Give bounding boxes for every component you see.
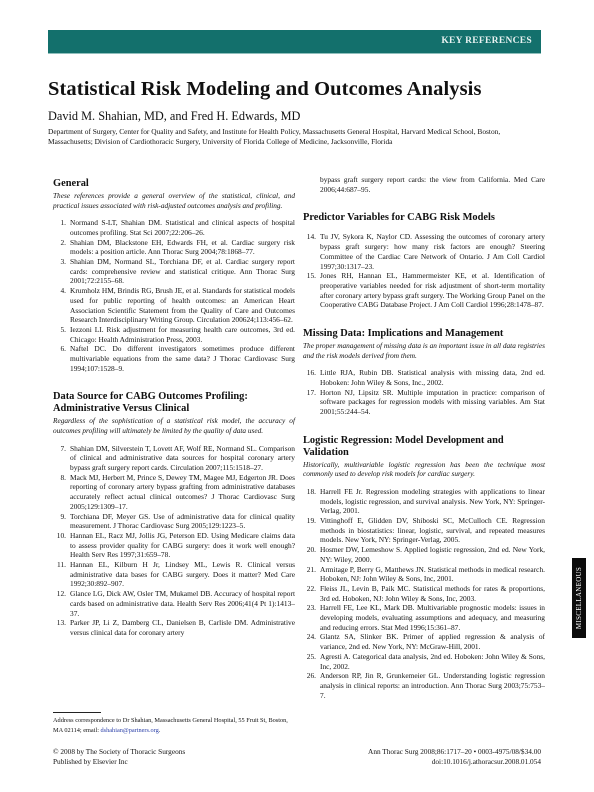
reference-list: 1.Normand S-LT, Shahian DM. Statistical … [53, 218, 295, 373]
reference-number: 7. [53, 444, 66, 454]
reference-text: Vittinghoff E, Glidden DV, Shiboski SC, … [320, 516, 545, 544]
section-heading: General [53, 178, 295, 190]
copyright-text: © 2008 by The Society of Thoracic Surgeo… [53, 747, 185, 757]
section-predictors: Predictor Variables for CABG Risk Models… [303, 212, 545, 310]
reference-text: Agresti A. Categorical data analysis, 2n… [320, 652, 545, 671]
side-tab-label: MISCELLANEOUS [575, 567, 583, 629]
reference-number: 22. [303, 584, 316, 594]
reference-number: 21. [303, 565, 316, 575]
right-column: bypass graft surgery report cards: the v… [303, 175, 545, 700]
section-intro: Historically, multivariable logistic reg… [303, 460, 545, 479]
reference-number: 23. [303, 603, 316, 613]
section-spacer [303, 417, 545, 435]
reference-list: 14.Tu JV, Sykora K, Naylor CD. Assessing… [303, 232, 545, 310]
reference-item: 6.Naftel DC. Do different investigators … [53, 344, 295, 373]
reference-text: Naftel DC. Do different investigators so… [70, 344, 295, 372]
footnote-divider [53, 712, 101, 713]
publisher-text: Published by Elsevier Inc [53, 757, 185, 767]
footnote-trailing: . [159, 727, 161, 734]
section-label: KEY REFERENCES [441, 36, 532, 46]
reference-item: 1.Normand S-LT, Shahian DM. Statistical … [53, 218, 295, 237]
reference-text: Harrell FE Jr. Regression modeling strat… [320, 487, 545, 515]
reference-number: 1. [53, 218, 66, 228]
reference-number: 3. [53, 257, 66, 267]
reference-number: 5. [53, 325, 66, 335]
reference-text: Krumholz HM, Brindis RG, Brush JE, et al… [70, 286, 295, 324]
section-heading: Missing Data: Implications and Managemen… [303, 328, 545, 340]
article-authors: David M. Shahian, MD, and Fred H. Edward… [48, 109, 300, 124]
reference-item: 17.Horton NJ, Lipsitz SR. Multiple imput… [303, 388, 545, 417]
correspondence-footnote: Address correspondence to Dr Shahian, Ma… [53, 716, 298, 735]
reference-text: Anderson RP, Jin R, Grunkemeier GL. Unde… [320, 671, 545, 699]
reference-number: 4. [53, 286, 66, 296]
reference-text: Shahian DM, Blackstone EH, Edwards FH, e… [70, 238, 295, 257]
journal-citation-block: Ann Thorac Surg 2008;86:1717–20 • 0003-4… [368, 747, 541, 766]
reference-item: 7.Shahian DM, Silverstein T, Lovett AF, … [53, 444, 295, 473]
reference-text: Armitage P, Berry G, Matthews JN. Statis… [320, 565, 545, 584]
reference-item: 11.Hannan EL, Kilburn H Jr, Lindsey ML, … [53, 560, 295, 589]
reference-number: 6. [53, 344, 66, 354]
reference-item: 13.Parker JP, Li Z, Damberg CL, Danielse… [53, 618, 295, 637]
reference-text: Mack MJ, Herbert M, Prince S, Dewey TM, … [70, 473, 295, 511]
reference-text: Iezzoni LI. Risk adjustment for measurin… [70, 325, 295, 344]
reference-text: Fleiss JL, Levin B, Paik MC. Statistical… [320, 584, 545, 603]
journal-citation: Ann Thorac Surg 2008;86:1717–20 • 0003-4… [368, 747, 541, 757]
reference-item: 19.Vittinghoff E, Glidden DV, Shiboski S… [303, 516, 545, 545]
reference-number: 24. [303, 632, 316, 642]
reference-number: 16. [303, 368, 316, 378]
reference-number: 15. [303, 271, 316, 281]
reference-text: Normand S-LT, Shahian DM. Statistical an… [70, 218, 295, 237]
reference-number: 26. [303, 671, 316, 681]
section-spacer [303, 310, 545, 328]
reference-item: 12.Glance LG, Dick AW, Osler TM, Mukamel… [53, 589, 295, 618]
section-intro: The proper management of missing data is… [303, 341, 545, 360]
reference-item: 2.Shahian DM, Blackstone EH, Edwards FH,… [53, 238, 295, 257]
correspondence-text: Address correspondence to Dr Shahian, Ma… [53, 717, 288, 734]
section-spacer [303, 194, 545, 212]
reference-item: 3.Shahian DM, Normand SL, Torchiana DF, … [53, 257, 295, 286]
section-missing-data: Missing Data: Implications and Managemen… [303, 328, 545, 417]
reference-list: 18.Harrell FE Jr. Regression modeling st… [303, 487, 545, 700]
reference-item: 5.Iezzoni LI. Risk adjustment for measur… [53, 325, 295, 344]
section-heading: Predictor Variables for CABG Risk Models [303, 212, 545, 224]
reference-item: 4.Krumholz HM, Brindis RG, Brush JE, et … [53, 286, 295, 325]
reference-item: 24.Glantz SA, Slinker BK. Primer of appl… [303, 632, 545, 651]
section-heading: Data Source for CABG Outcomes Profiling:… [53, 391, 295, 415]
reference-item: 18.Harrell FE Jr. Regression modeling st… [303, 487, 545, 516]
reference-item: 22.Fleiss JL, Levin B, Paik MC. Statisti… [303, 584, 545, 603]
reference-number: 11. [53, 560, 66, 570]
reference-item: 20.Hosmer DW, Lemeshow S. Applied logist… [303, 545, 545, 564]
reference-number: 17. [303, 388, 316, 398]
reference-item: 9.Torchiana DF, Meyer GS. Use of adminis… [53, 512, 295, 531]
reference-text: Jones RH, Hannan EL, Hammermeister KE, e… [320, 271, 545, 309]
section-logistic-regression: Logistic Regression: Model Development a… [303, 435, 545, 701]
reference-text: Glantz SA, Slinker BK. Primer of applied… [320, 632, 545, 651]
reference-text: Tu JV, Sykora K, Naylor CD. Assessing th… [320, 232, 545, 270]
reference-number: 2. [53, 238, 66, 248]
section-general: General These references provide a gener… [53, 178, 295, 373]
reference-number: 19. [303, 516, 316, 526]
reference-item: 15.Jones RH, Hannan EL, Hammermeister KE… [303, 271, 545, 310]
reference-text: Shahian DM, Silverstein T, Lovett AF, Wo… [70, 444, 295, 472]
section-intro: These references provide a general overv… [53, 191, 295, 210]
reference-text: Hannan EL, Kilburn H Jr, Lindsey ML, Lew… [70, 560, 295, 588]
reference-number: 20. [303, 545, 316, 555]
reference-list: 7.Shahian DM, Silverstein T, Lovett AF, … [53, 444, 295, 638]
reference-item: 23.Harrell FE, Lee KL, Mark DB. Multivar… [303, 603, 545, 632]
reference-continuation: bypass graft surgery report cards: the v… [303, 175, 545, 194]
reference-text: Little RJA, Rubin DB. Statistical analys… [320, 368, 545, 387]
reference-number: 12. [53, 589, 66, 599]
doi-text[interactable]: doi:10.1016/j.athoracsur.2008.01.054 [368, 757, 541, 767]
reference-number: 18. [303, 487, 316, 497]
reference-item: 10.Hannan EL, Racz MJ, Jollis JG, Peters… [53, 531, 295, 560]
reference-text: Harrell FE, Lee KL, Mark DB. Multivariab… [320, 603, 545, 631]
reference-number: 10. [53, 531, 66, 541]
reference-item: 16.Little RJA, Rubin DB. Statistical ana… [303, 368, 545, 387]
reference-number: 14. [303, 232, 316, 242]
reference-item: 8.Mack MJ, Herbert M, Prince S, Dewey TM… [53, 473, 295, 512]
left-column: General These references provide a gener… [53, 178, 295, 638]
section-spacer [53, 373, 295, 391]
reference-text: Shahian DM, Normand SL, Torchiana DF, et… [70, 257, 295, 285]
section-heading: Logistic Regression: Model Development a… [303, 435, 545, 459]
reference-number: 8. [53, 473, 66, 483]
reference-text: Hannan EL, Racz MJ, Jollis JG, Peterson … [70, 531, 295, 559]
reference-item: 14.Tu JV, Sykora K, Naylor CD. Assessing… [303, 232, 545, 271]
reference-text: Parker JP, Li Z, Damberg CL, Danielsen B… [70, 618, 295, 637]
section-intro: Regardless of the sophistication of a st… [53, 416, 295, 435]
author-affiliation: Department of Surgery, Center for Qualit… [48, 127, 543, 147]
reference-number: 9. [53, 512, 66, 522]
reference-number: 13. [53, 618, 66, 628]
side-section-tab: MISCELLANEOUS [572, 558, 586, 638]
reference-text: Horton NJ, Lipsitz SR. Multiple imputati… [320, 388, 545, 416]
reference-text: Hosmer DW, Lemeshow S. Applied logistic … [320, 545, 545, 564]
reference-text: Glance LG, Dick AW, Osler TM, Mukamel DB… [70, 589, 295, 617]
reference-number: 25. [303, 652, 316, 662]
copyright-block: © 2008 by The Society of Thoracic Surgeo… [53, 747, 185, 766]
article-title: Statistical Risk Modeling and Outcomes A… [48, 78, 548, 101]
email-link[interactable]: dshahian@partners.org [101, 727, 159, 734]
section-banner: KEY REFERENCES [48, 30, 541, 54]
section-data-source: Data Source for CABG Outcomes Profiling:… [53, 391, 295, 637]
reference-item: 21.Armitage P, Berry G, Matthews JN. Sta… [303, 565, 545, 584]
reference-item: 26.Anderson RP, Jin R, Grunkemeier GL. U… [303, 671, 545, 700]
reference-list: 16.Little RJA, Rubin DB. Statistical ana… [303, 368, 545, 417]
reference-item: 25.Agresti A. Categorical data analysis,… [303, 652, 545, 671]
reference-text: Torchiana DF, Meyer GS. Use of administr… [70, 512, 295, 531]
